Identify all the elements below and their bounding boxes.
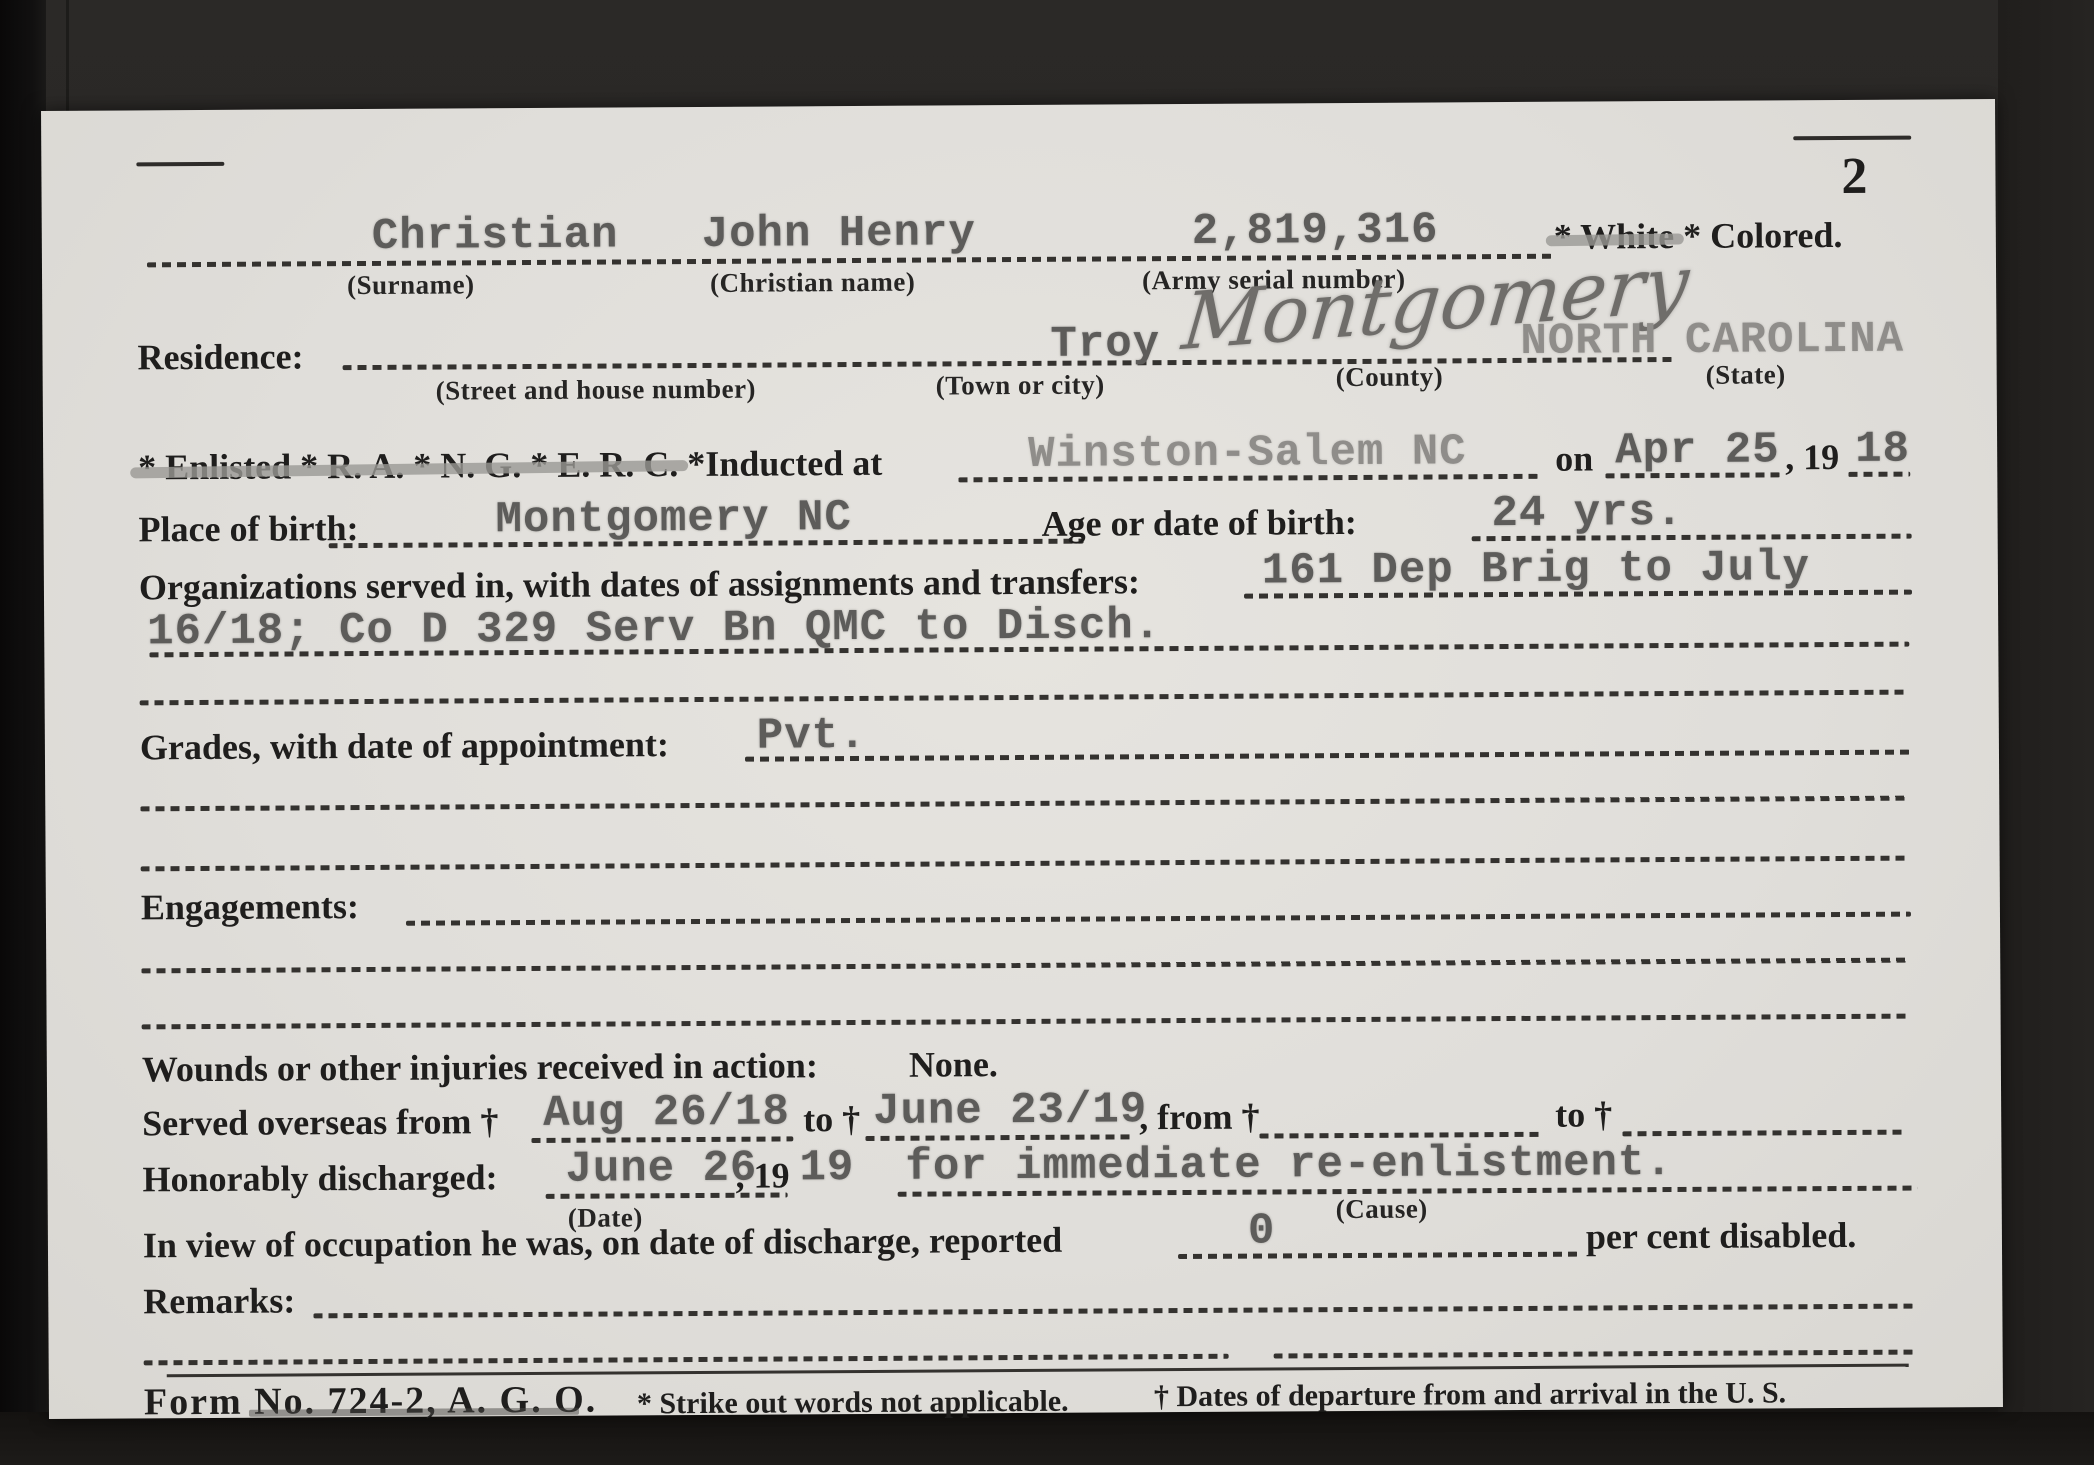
disability-label: In view of occupation he was, on date of… (143, 1221, 1063, 1266)
age-label: Age or date of birth: (1041, 503, 1357, 545)
on-label: on (1555, 440, 1593, 480)
grades-label: Grades, with date of appointment: (140, 725, 669, 768)
christian-name-value: John Henry (702, 211, 976, 257)
dotted-line (1259, 1132, 1544, 1139)
enlistment-line: * Enlisted * R. A. * N. G. * E. R. C. *I… (138, 444, 882, 488)
residence-state-value: NORTH CAROLINA (1520, 318, 1904, 364)
dotted-line (141, 856, 1909, 872)
dotted-line (141, 958, 1909, 974)
engagements-label: Engagements: (141, 887, 359, 928)
service-record-card: 2 Christian John Henry 2,819,316 * White… (41, 99, 2003, 1419)
state-label: (State) (1706, 360, 1786, 390)
dotted-line (1605, 472, 1780, 478)
dotted-line (406, 912, 1911, 926)
serial-number-value: 2,819,316 (1192, 208, 1439, 254)
induction-year-value: 18 (1855, 428, 1910, 472)
dotted-line (1622, 1130, 1907, 1137)
overseas-from1-value: Aug 26/18 (543, 1090, 790, 1136)
percent-disabled-label: per cent disabled. (1586, 1216, 1857, 1257)
microfilm-scan: 2 Christian John Henry 2,819,316 * White… (0, 0, 2094, 1465)
overseas-to1-label: to † (803, 1100, 860, 1140)
surname-value: Christian (372, 213, 619, 259)
wounds-label: Wounds or other injuries received in act… (142, 1046, 818, 1090)
dotted-line (140, 690, 1908, 706)
cause-sublabel: (Cause) (1336, 1195, 1428, 1225)
dotted-line (140, 796, 1908, 812)
inducted-at-label: *Inducted at (678, 443, 882, 484)
race-colored: * Colored. (1674, 215, 1843, 256)
induction-date-value: Apr 25 (1615, 428, 1780, 473)
discharge-date-value: June 26 (565, 1147, 757, 1192)
discharge-year-label: , 19 (735, 1156, 789, 1196)
dotted-line (1848, 472, 1910, 477)
induction-place-value: Winston-Salem NC (1028, 430, 1467, 477)
dotted-line (1178, 1252, 1578, 1259)
strike-note: * Strike out words not applicable. (637, 1385, 1069, 1421)
year-19-label: , 19 (1785, 438, 1839, 478)
street-label: (Street and house number) (436, 375, 756, 407)
organizations-value-line1: 161 Dep Brig to July (1262, 546, 1810, 593)
christian-name-label: (Christian name) (710, 268, 915, 299)
dotted-line (531, 1136, 793, 1143)
dotted-line (329, 539, 1084, 549)
enlistment-options-struck: * Enlisted * R. A. * N. G. * E. R. C. (138, 445, 678, 488)
place-of-birth-value: Montgomery NC (495, 496, 852, 542)
disability-value: 0 (1248, 1209, 1276, 1253)
place-of-birth-label: Place of birth: (138, 509, 358, 550)
discharge-cause-value: for immediate re-enlistment. (905, 1141, 1673, 1190)
dates-note: † Dates of departure from and arrival in… (1154, 1376, 1786, 1413)
film-edge-right (1998, 0, 2094, 1465)
stray-mark (136, 162, 224, 167)
county-label: (County) (1336, 362, 1444, 392)
dotted-line (343, 357, 1673, 370)
discharge-label: Honorably discharged: (142, 1158, 497, 1200)
organizations-label: Organizations served in, with dates of a… (139, 562, 1140, 608)
remarks-label: Remarks: (143, 1281, 295, 1322)
dotted-line (144, 1354, 1229, 1366)
overseas-from2-label: , from † (1139, 1098, 1260, 1138)
dotted-line (745, 750, 1910, 762)
surname-label: (Surname) (347, 270, 475, 300)
page-number-rule (1793, 136, 1911, 141)
overseas-to2-label: to † (1555, 1095, 1612, 1135)
age-value: 24 yrs. (1491, 491, 1683, 536)
discharge-year-value: 19 (799, 1146, 854, 1190)
wounds-value: None. (909, 1045, 998, 1085)
page-number: 2 (1841, 148, 1867, 205)
residence-label: Residence: (137, 337, 303, 378)
grades-value: Pvt. (757, 714, 867, 759)
footer-rule (167, 1364, 1909, 1378)
residence-town-value: Troy (1050, 322, 1160, 367)
dotted-line (313, 1304, 1913, 1319)
overseas-label: Served overseas from † (142, 1102, 498, 1144)
town-label: (Town or city) (936, 370, 1105, 401)
overseas-to1-value: June 23/19 (873, 1088, 1147, 1134)
dotted-line (865, 1134, 1135, 1141)
film-edge-left (0, 0, 46, 1465)
dotted-line (1274, 1350, 1914, 1359)
form-number: Form No. 724-2, A. G. O. (144, 1380, 598, 1425)
dotted-line (142, 1014, 1910, 1030)
